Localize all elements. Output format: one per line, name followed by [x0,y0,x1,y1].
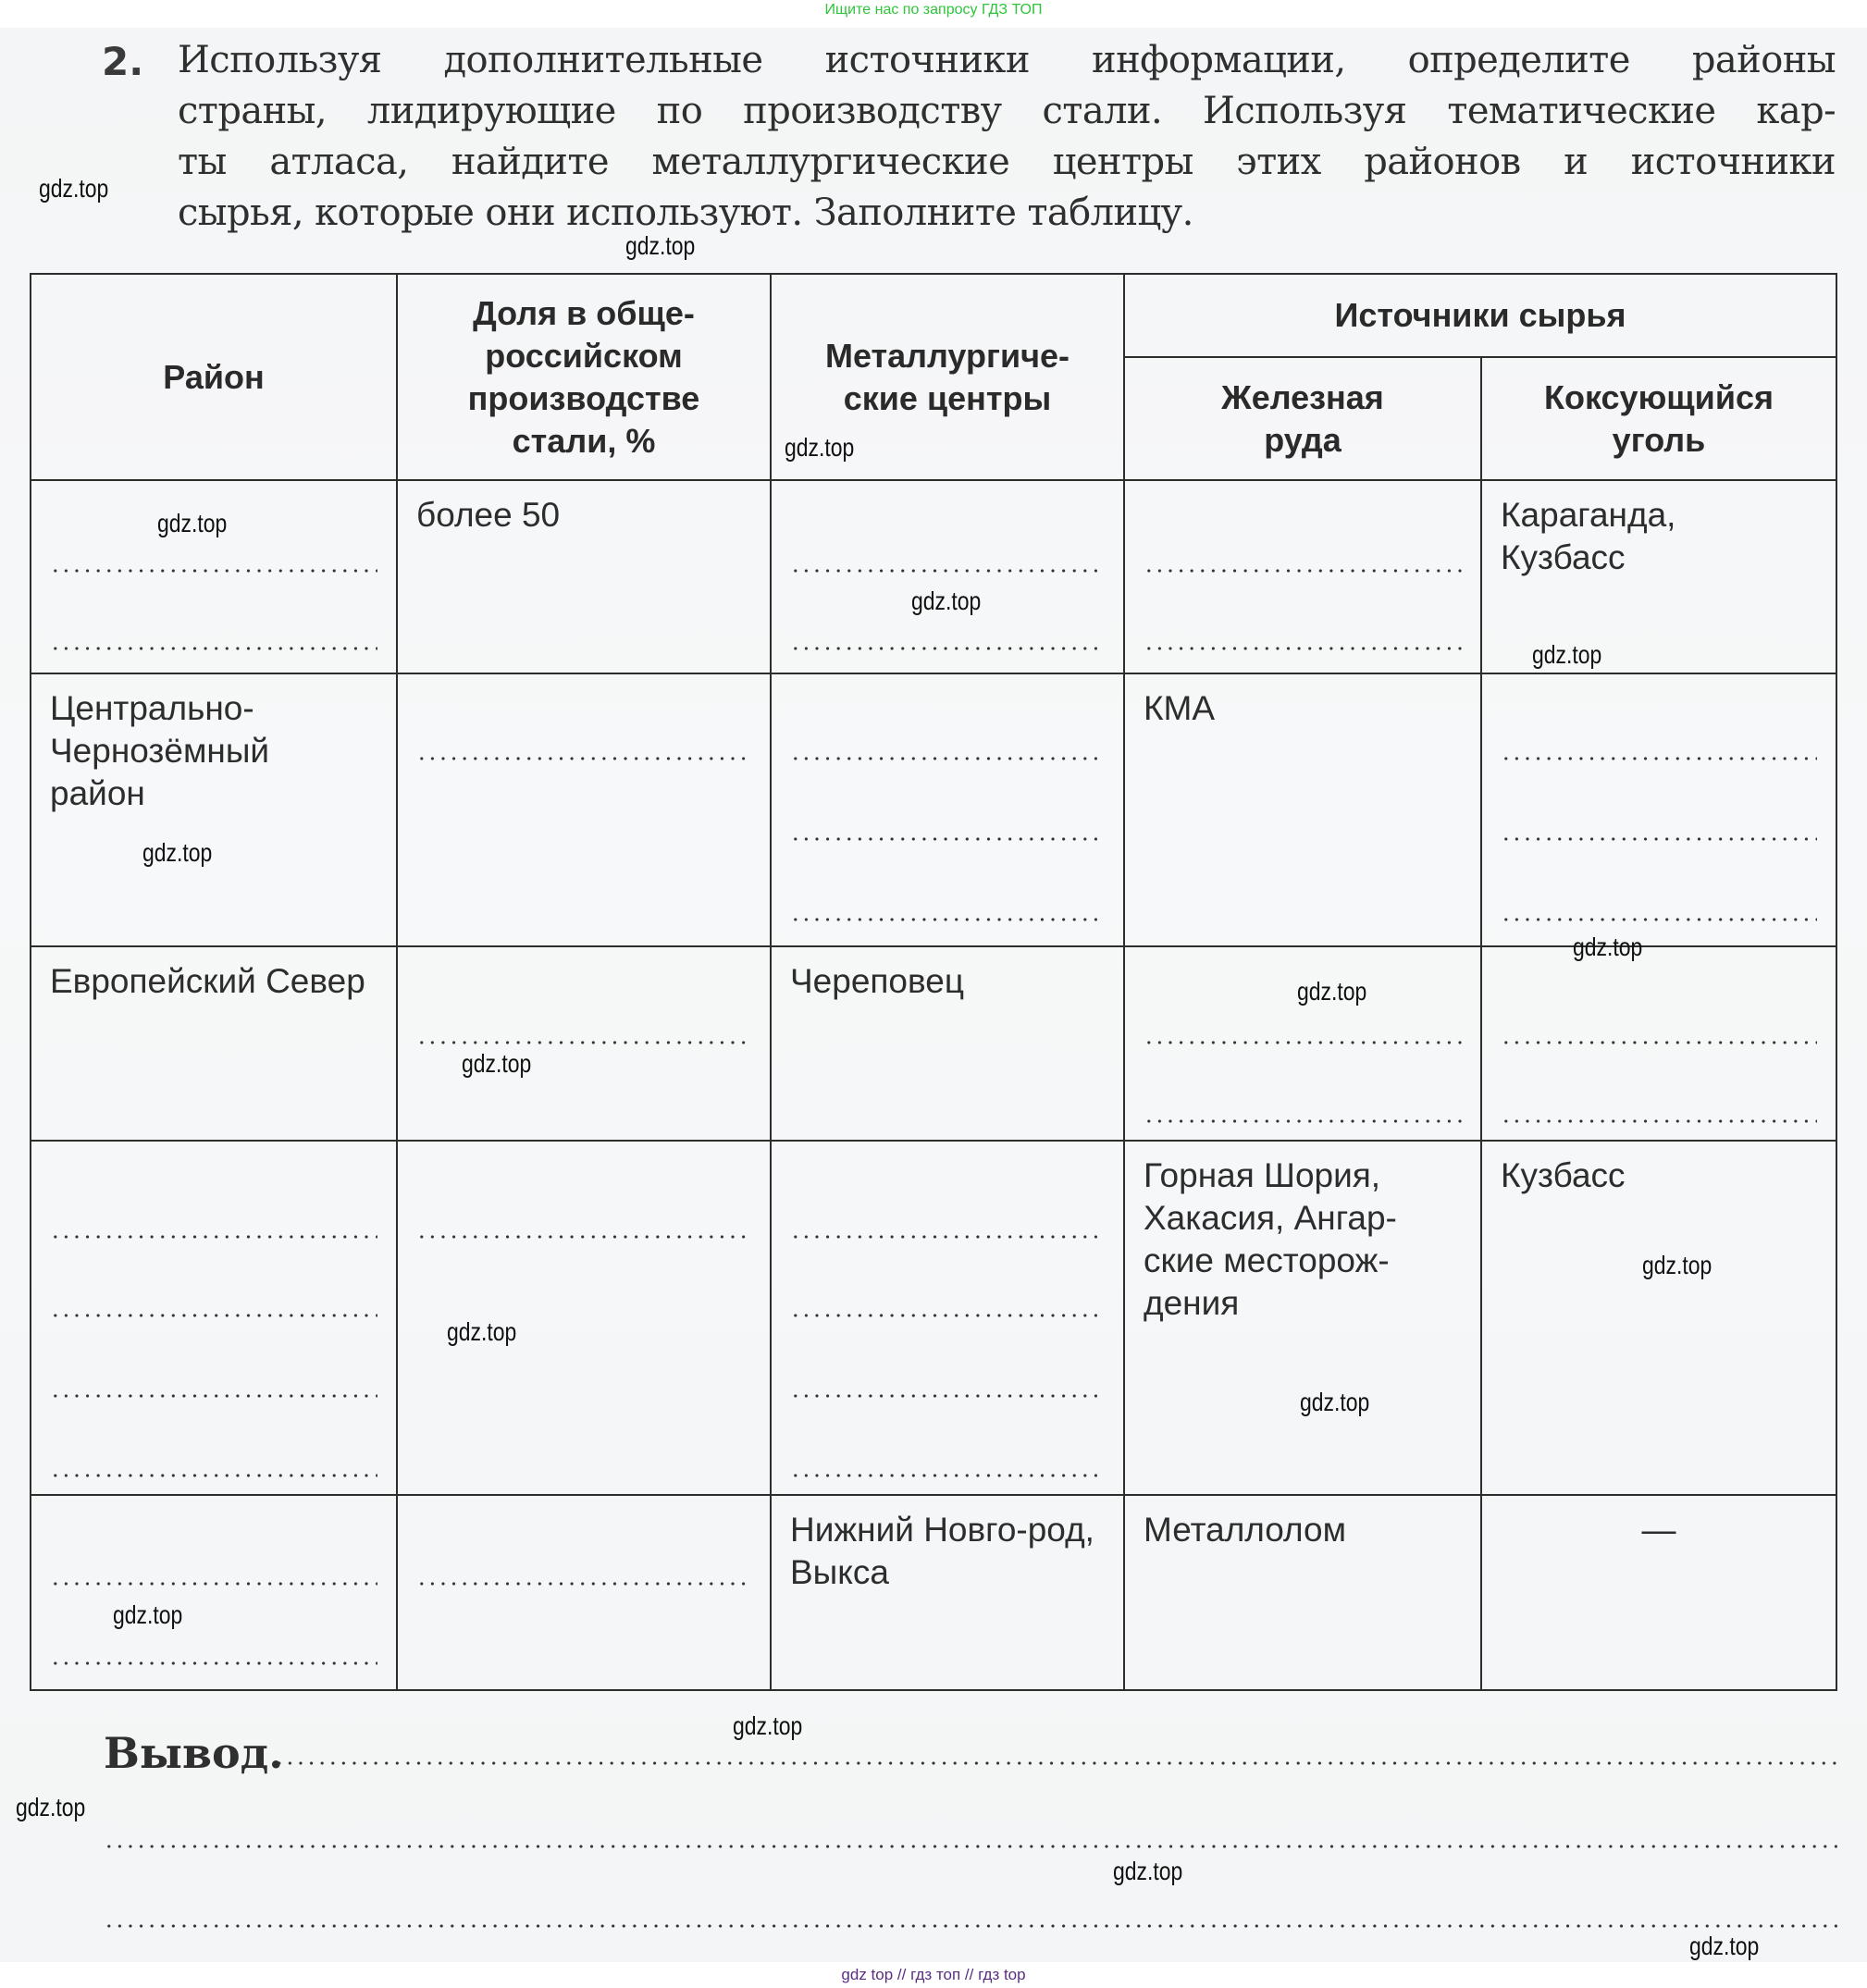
cell-iron-ore-1[interactable] [1123,479,1482,674]
blank-line[interactable] [790,1473,1105,1478]
blank-line[interactable] [1144,646,1462,651]
blank-line[interactable] [1144,1118,1462,1124]
header-iron-ore: Железная руда [1123,356,1482,481]
cell-centers-4[interactable] [770,1140,1125,1496]
cell-region-2: Центрально-Чернозёмный район [30,673,398,947]
blank-line[interactable] [416,1040,751,1045]
blank-line[interactable] [790,1393,1105,1399]
cell-coking-coal-2[interactable] [1480,673,1837,947]
watermark: gdz.top [1689,1932,1759,1961]
cell-iron-ore-3[interactable] [1123,945,1482,1142]
blank-line[interactable] [790,1234,1105,1240]
blank-line[interactable] [790,1313,1105,1318]
watermark: gdz.top [1297,977,1366,1006]
blank-line[interactable] [416,1581,751,1587]
bottom-banner[interactable]: gdz top // гдз топ // гдз top [0,1962,1867,1988]
blank-line[interactable] [790,646,1105,651]
conclusion-line[interactable] [274,1760,1837,1766]
blank-line[interactable] [50,1473,377,1478]
cell-coking-coal-4: Кузбасс [1480,1140,1837,1496]
header-region: Район [30,273,398,481]
blank-line[interactable] [50,1661,377,1666]
cell-share-1: более 50 [396,479,772,674]
watermark: gdz.top [157,509,227,538]
header-coking-coal: Коксующийся уголь [1480,356,1837,481]
cell-centers-2[interactable] [770,673,1125,947]
blank-line[interactable] [1144,568,1462,574]
blank-line[interactable] [50,1313,377,1318]
cell-iron-ore-4: Горная Шория, Хакасия, Ангар-ские местор… [1123,1140,1482,1496]
watermark: gdz.top [911,587,981,616]
task-line: Используя дополнительные источники инфор… [178,35,1836,86]
blank-line[interactable] [50,1581,377,1587]
blank-line[interactable] [50,1393,377,1399]
blank-line[interactable] [790,917,1105,922]
blank-line[interactable] [1501,756,1817,761]
blank-line[interactable] [1501,1118,1817,1124]
watermark: gdz.top [447,1317,516,1347]
blank-line[interactable] [790,568,1105,574]
cell-region-4[interactable] [30,1140,398,1496]
blank-line[interactable] [50,646,377,651]
watermark: gdz.top [142,838,212,868]
watermark: gdz.top [39,174,108,204]
blank-line[interactable] [416,756,751,761]
blank-line[interactable] [50,1234,377,1240]
cell-coking-coal-5: — [1480,1494,1837,1691]
conclusion-label: Вывод. [104,1728,283,1778]
cell-share-2[interactable] [396,673,772,947]
task-number: 2. [102,39,143,84]
task-line: ты атласа, найдите металлургические цент… [178,137,1836,188]
task-line: сырья, которые они используют. Заполните… [178,188,1836,239]
cell-centers-3: Череповец [770,945,1125,1142]
cell-region-3: Европейский Север [30,945,398,1142]
cell-centers-5: Нижний Новго-род, Выкса [770,1494,1125,1691]
blank-line[interactable] [1501,917,1817,922]
blank-line[interactable] [50,568,377,574]
header-sources: Источники сырья [1123,273,1837,358]
task-instructions: Используя дополнительные источники инфор… [178,35,1836,239]
blank-line[interactable] [1501,836,1817,842]
watermark: gdz.top [625,231,695,261]
cell-centers-1[interactable] [770,479,1125,674]
watermark: gdz.top [462,1049,531,1079]
cell-iron-ore-2: КМА [1123,673,1482,947]
blank-line[interactable] [790,756,1105,761]
blank-line[interactable] [416,1234,751,1240]
conclusion-line[interactable] [104,1923,1837,1929]
blank-line[interactable] [1501,1040,1817,1045]
watermark: gdz.top [1642,1251,1712,1280]
blank-line[interactable] [790,836,1105,842]
top-banner[interactable]: Ищите нас по запросу ГДЗ ТОП [0,0,1867,28]
watermark: gdz.top [1532,640,1601,670]
watermark: gdz.top [733,1711,802,1741]
cell-coking-coal-3[interactable] [1480,945,1837,1142]
header-share: Доля в обще-российском производстве стал… [396,273,772,481]
watermark: gdz.top [1300,1388,1369,1417]
watermark: gdz.top [785,433,854,463]
cell-share-5[interactable] [396,1494,772,1691]
steel-regions-table: Район Доля в обще-российском производств… [30,273,1837,1691]
watermark: gdz.top [16,1793,85,1822]
task-line: страны, лидирующие по производству стали… [178,86,1836,137]
watermark: gdz.top [1573,932,1642,962]
watermark: gdz.top [1113,1857,1182,1886]
cell-iron-ore-5: Металлолом [1123,1494,1482,1691]
watermark: gdz.top [113,1600,182,1630]
conclusion-line[interactable] [104,1844,1837,1849]
blank-line[interactable] [1144,1040,1462,1045]
cell-region-5[interactable] [30,1494,398,1691]
cell-share-3[interactable] [396,945,772,1142]
